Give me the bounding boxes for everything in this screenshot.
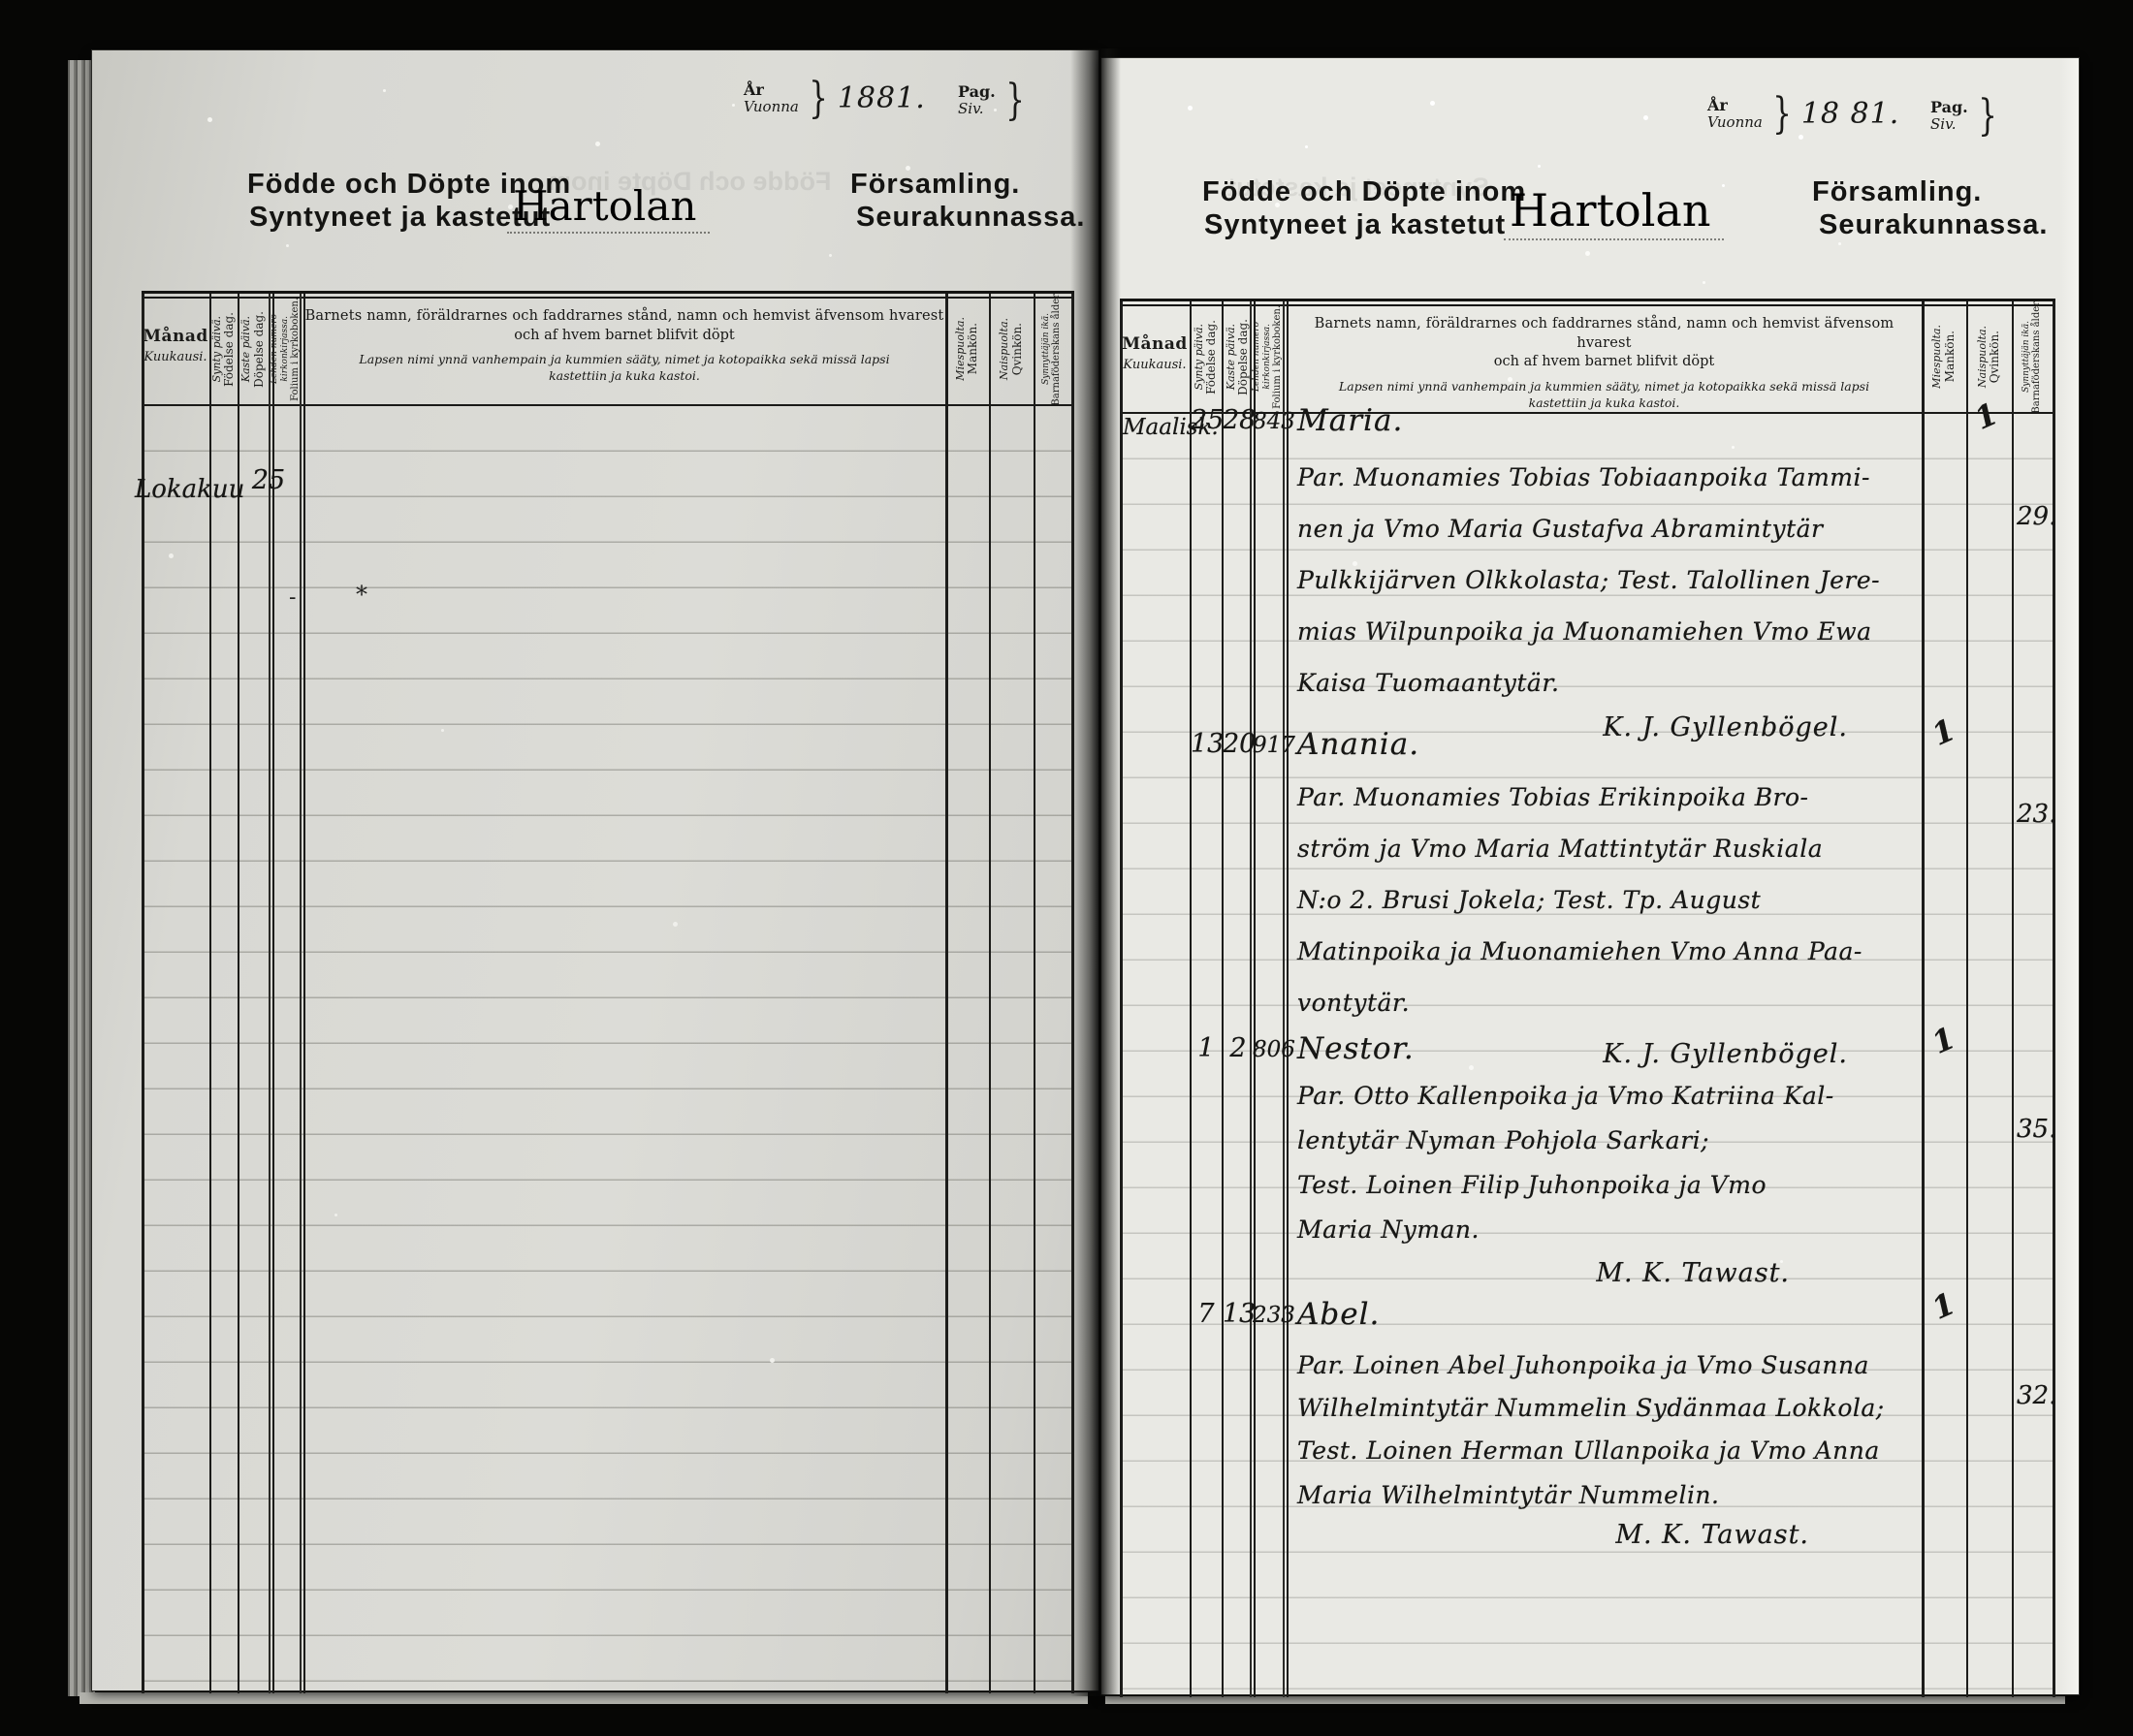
page-title-right-finnish: Seurakunnassa. [856, 202, 1085, 234]
column-header-child-details: Barnets namn, föräldrarnes och faddrarne… [303, 307, 945, 385]
column-header-baptism-day: Kaste päivä. Döpelse dag. [238, 296, 269, 402]
entry-text-line: Maria Nyman. [1297, 1215, 1480, 1244]
column-line [1034, 294, 1035, 1693]
entry-birth-day: 25 [247, 465, 290, 495]
scan-surface: År Vuonna } 1881. Pag. Siv. } Födde och … [0, 0, 2133, 1736]
column-header-baptism-day: Kaste päivä. Döpelse dag. [1222, 303, 1254, 410]
entry-text-line: Par. Muonamies Tobias Tobiaanpoika Tammi… [1297, 463, 1870, 491]
paper-speckles [92, 50, 95, 53]
year-value: 1881. [838, 81, 926, 115]
year-block: År Vuonna } 18 81. [1707, 97, 1899, 132]
column-header-birth-day: Synty päivä. Födelse dag. [1190, 303, 1222, 410]
entry-folio: 233 [1253, 1303, 1288, 1328]
entry-folio: 843 [1253, 409, 1288, 434]
parish-name: Hartolan [507, 182, 710, 234]
left-page: År Vuonna } 1881. Pag. Siv. } Födde och … [92, 50, 1098, 1690]
column-header-folio: Lehden numero kirkonkirjassa. Folium i k… [1254, 303, 1283, 410]
column-line [1222, 301, 1224, 1697]
column-header-birth-day: Synty päivä. Födelse dag. [209, 296, 238, 402]
brace-glyph: } [1772, 97, 1792, 131]
page-right-edge [2059, 58, 2079, 1694]
column-line [269, 294, 271, 1693]
column-line [303, 294, 305, 1693]
column-line [945, 294, 948, 1693]
page-edge-stack [68, 60, 95, 1696]
entry-folio: 806 [1253, 1037, 1288, 1062]
column-header-female: Naispuolta. Qvinkön. [989, 296, 1034, 402]
entry-text-line: Test. Loinen Herman Ullanpoika ja Vmo An… [1297, 1436, 1880, 1465]
entry-text-line: Maria Wilhelmintytär Nummelin. [1297, 1481, 1719, 1509]
paper-speckles [1101, 58, 1104, 61]
entry-text-line: Par. Muonamies Tobias Erikinpoika Bro- [1297, 783, 1809, 811]
entry-baptism-day: 20 [1223, 729, 1254, 759]
entry-text-line: Kaisa Tuomaantytär. [1297, 669, 1559, 697]
entry-child-name: Anania. [1297, 727, 1419, 762]
entry-birth-day: 25 [1191, 405, 1222, 435]
column-header-male: Miespuolta. Mankön. [1922, 303, 1966, 410]
ruled-lines [142, 406, 1074, 1693]
mother-age: 29. [2017, 502, 2056, 531]
entry-birth-day: 1 [1191, 1033, 1222, 1063]
brace-glyph: } [1005, 83, 1025, 117]
year-label: År Vuonna [744, 81, 799, 116]
entry-text-line: Wilhelmintytär Nummelin Sydänmaa Lokkola… [1297, 1394, 1885, 1422]
column-line [989, 294, 991, 1693]
entry-signature: K. J. Gyllenbögel. [1518, 712, 1848, 742]
entry-text-line: Test. Loinen Filip Juhonpoika ja Vmo [1297, 1171, 1767, 1199]
column-header-mother-age: Synnyttäjän ikä. Barnaföderskans ålder. [1034, 296, 1071, 402]
page-title-swedish: Födde och Döpte inom [1202, 176, 1526, 208]
entry-baptism-day: 28 [1223, 405, 1254, 435]
page-number-block: Pag. Siv. } [958, 83, 1029, 118]
entry-baptism-day: 2 [1223, 1033, 1254, 1063]
entry-text-line: ström ja Vmo Maria Mattintytär Ruskiala [1297, 835, 1823, 863]
column-line [1250, 301, 1252, 1697]
entry-folio: 917 [1253, 733, 1288, 758]
column-header-month: Månad Kuukausi. [142, 327, 209, 364]
mother-age: 23. [2017, 800, 2056, 829]
page-edge-bottom-left [80, 1692, 1088, 1704]
mother-age: 32. [2017, 1381, 2056, 1410]
parish-name: Hartolan [1504, 184, 1724, 240]
entry-text-line: lentytär Nyman Pohjola Sarkari; [1297, 1126, 1709, 1154]
year-block: År Vuonna } 1881. [744, 81, 926, 116]
entry-child-name: Maria. [1297, 403, 1403, 438]
column-header-month: Månad Kuukausi. [1120, 334, 1190, 372]
brace-glyph: } [1978, 99, 1997, 133]
entry-text-line: Par. Loinen Abel Juhonpoika ja Vmo Susan… [1297, 1351, 1869, 1379]
entry-baptism-day: 13 [1223, 1299, 1254, 1329]
entry-child-name: Abel. [1297, 1297, 1380, 1332]
brace-glyph: } [809, 81, 828, 115]
page-number-label: Pag. Siv. [1930, 99, 1968, 134]
entry-signature: K. J. Gyllenbögel. [1518, 1039, 1848, 1069]
right-page: År Vuonna } 18 81. Pag. Siv. } Syntyneet… [1101, 58, 2079, 1694]
year-label: År Vuonna [1707, 97, 1763, 132]
column-line [300, 294, 302, 1693]
column-header-male: Miespuolta. Mankön. [945, 296, 989, 402]
column-line [1071, 294, 1074, 1693]
page-number-block: Pag. Siv. } [1930, 99, 2001, 134]
entry-text-line: vontytär. [1297, 989, 1410, 1017]
entry-child-name: Nestor. [1297, 1031, 1415, 1066]
entry-birth-day: 7 [1191, 1299, 1222, 1329]
column-line [1120, 301, 1123, 1697]
stray-ink-mark: ⁎ [356, 574, 367, 601]
year-value: 18 81. [1801, 97, 1899, 131]
stray-ink-mark: - [289, 585, 296, 610]
page-number-label: Pag. Siv. [958, 83, 996, 118]
page-title-right-swedish: Församling. [1812, 176, 1982, 208]
entry-text-line: Par. Otto Kallenpoika ja Vmo Katriina Ka… [1297, 1082, 1834, 1110]
column-header-female: Naispuolta. Qvinkön. [1966, 303, 2012, 410]
entry-text-line: Matinpoika ja Muonamiehen Vmo Anna Paa- [1297, 937, 1862, 965]
column-line [2012, 301, 2014, 1697]
column-header-folio: Lehden numero kirkonkirjassa. Folium i k… [272, 296, 300, 402]
column-line [272, 294, 274, 1693]
column-line [1254, 301, 1256, 1697]
mother-age: 35. [2017, 1115, 2056, 1144]
entry-text-line: mias Wilpunpoika ja Muonamiehen Vmo Ewa [1297, 617, 1872, 646]
column-line [1190, 301, 1192, 1697]
column-line [1283, 301, 1285, 1697]
column-line [1287, 301, 1289, 1697]
column-line [1922, 301, 1925, 1697]
page-title-right-finnish: Seurakunnassa. [1819, 209, 2048, 241]
column-line [1966, 301, 1968, 1697]
column-header-mother-age: Synnyttäjän ikä. Barnaföderskans ålder. [2012, 303, 2053, 410]
entry-birth-day: 13 [1191, 729, 1222, 759]
entry-text-line: N:o 2. Brusi Jokela; Test. Tp. August [1297, 886, 1761, 914]
column-header-child-details: Barnets namn, föräldrarnes och faddrarne… [1287, 315, 1922, 411]
page-title-finnish: Syntyneet ja kastetut [249, 202, 551, 234]
entry-text-line: nen ja Vmo Maria Gustafva Abramintytär [1297, 515, 1823, 543]
entry-month: Lokakuu [135, 475, 244, 504]
page-title-finnish: Syntyneet ja kastetut [1204, 209, 1506, 241]
register-table: Månad Kuukausi. Synty päivä. Födelse dag… [142, 291, 1074, 1693]
page-title-right-swedish: Församling. [850, 169, 1020, 201]
entry-text-line: Pulkkijärven Olkkolasta; Test. Talolline… [1297, 566, 1880, 594]
entry-signature: M. K. Tawast. [1489, 1258, 1790, 1288]
entry-signature: M. K. Tawast. [1509, 1520, 1809, 1550]
page-edge-bottom-right [1105, 1696, 2065, 1704]
